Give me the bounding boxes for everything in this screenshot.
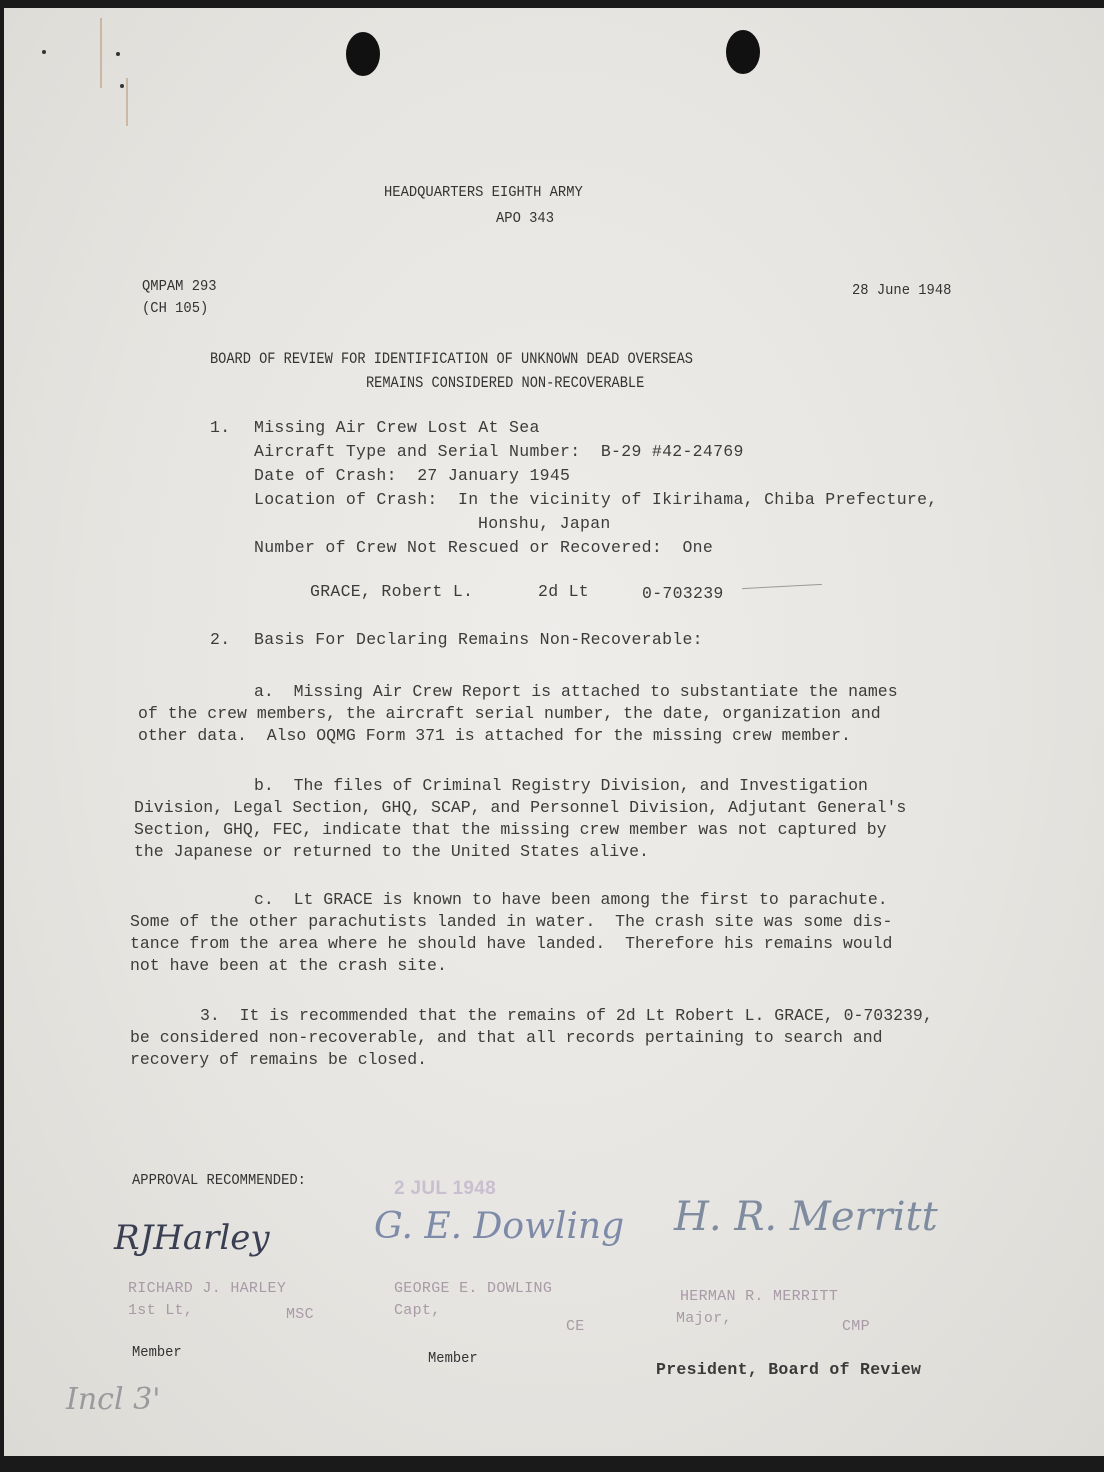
- document-page: HEADQUARTERS EIGHTH ARMY APO 343 QMPAM 2…: [4, 8, 1104, 1456]
- signatory-2-name: GEORGE E. DOWLING: [394, 1280, 552, 1297]
- signature-dowling: G. E. Dowling: [374, 1206, 624, 1247]
- punch-hole-right: [726, 30, 760, 74]
- signatory-1-branch: MSC: [286, 1306, 314, 1323]
- section1-number: 1.: [210, 418, 230, 437]
- handwritten-annotation: Incl 3': [66, 1382, 160, 1417]
- crash-location-cont: Honshu, Japan: [478, 514, 611, 533]
- signatory-1-name: RICHARD J. HARLEY: [128, 1280, 286, 1297]
- document-title-line1: BOARD OF REVIEW FOR IDENTIFICATION OF UN…: [210, 350, 693, 368]
- paper-stain: [100, 18, 102, 88]
- crew-count: Number of Crew Not Rescued or Recovered:…: [254, 538, 713, 557]
- section3-line: 3. It is recommended that the remains of…: [200, 1004, 933, 1027]
- paragraph-c-line: tance from the area where he should have…: [130, 932, 892, 955]
- signatory-3-rank: Major,: [676, 1310, 732, 1327]
- paragraph-a-line: other data. Also OQMG Form 371 is attach…: [138, 724, 851, 747]
- paragraph-b-line: Division, Legal Section, GHQ, SCAP, and …: [134, 796, 906, 819]
- section2-heading: Basis For Declaring Remains Non-Recovera…: [254, 630, 703, 649]
- signature-harley: RJHarley: [114, 1218, 270, 1258]
- crew-member-name: GRACE, Robert L.: [310, 582, 473, 601]
- paragraph-c-line: c. Lt GRACE is known to have been among …: [254, 888, 888, 911]
- signature-merritt: H. R. Merritt: [674, 1194, 938, 1240]
- aircraft-serial: Aircraft Type and Serial Number: B-29 #4…: [254, 442, 744, 461]
- staple-mark: [120, 84, 124, 88]
- reference-code: QMPAM 293: [142, 278, 217, 295]
- signatory-3-branch: CMP: [842, 1318, 870, 1335]
- document-title-line2: REMAINS CONSIDERED NON-RECOVERABLE: [366, 374, 644, 392]
- punch-hole-left: [346, 32, 380, 76]
- paragraph-a-line: of the crew members, the aircraft serial…: [138, 702, 881, 725]
- section3-line: recovery of remains be closed.: [130, 1048, 427, 1071]
- paragraph-b-line: b. The files of Criminal Registry Divisi…: [254, 774, 868, 797]
- paper-stain: [126, 78, 128, 126]
- section2-number: 2.: [210, 630, 230, 649]
- org-name: HEADQUARTERS EIGHTH ARMY: [384, 184, 583, 201]
- signatory-2-rank: Capt,: [394, 1302, 441, 1319]
- signatory-3-name: HERMAN R. MERRITT: [680, 1288, 838, 1305]
- signatory-1-rank: 1st Lt,: [128, 1302, 193, 1319]
- pencil-mark: [742, 584, 822, 589]
- reference-sub: (CH 105): [142, 300, 208, 317]
- staple-mark: [116, 52, 120, 56]
- crew-member-rank: 2d Lt: [538, 582, 589, 601]
- approval-stamp-date: 2 JUL 1948: [394, 1178, 496, 1200]
- crew-member-serial: 0-703239: [642, 584, 724, 603]
- paragraph-b-line: Section, GHQ, FEC, indicate that the mis…: [134, 818, 887, 841]
- signatory-2-branch: CE: [566, 1318, 585, 1335]
- section3-line: be considered non-recoverable, and that …: [130, 1026, 883, 1049]
- approval-label: APPROVAL RECOMMENDED:: [132, 1172, 306, 1189]
- signatory-1-role: Member: [132, 1344, 182, 1361]
- paragraph-c-line: not have been at the crash site.: [130, 954, 447, 977]
- document-date: 28 June 1948: [852, 282, 951, 299]
- paragraph-b-line: the Japanese or returned to the United S…: [134, 840, 649, 863]
- apo-number: APO 343: [496, 210, 554, 227]
- crash-location: Location of Crash: In the vicinity of Ik…: [254, 490, 938, 509]
- signatory-3-role: President, Board of Review: [656, 1360, 921, 1379]
- section1-heading: Missing Air Crew Lost At Sea: [254, 418, 540, 437]
- staple-mark: [42, 50, 46, 54]
- paragraph-c-line: Some of the other parachutists landed in…: [130, 910, 892, 933]
- crash-date: Date of Crash: 27 January 1945: [254, 466, 570, 485]
- paragraph-a-line: a. Missing Air Crew Report is attached t…: [254, 680, 898, 703]
- signatory-2-role: Member: [428, 1350, 478, 1367]
